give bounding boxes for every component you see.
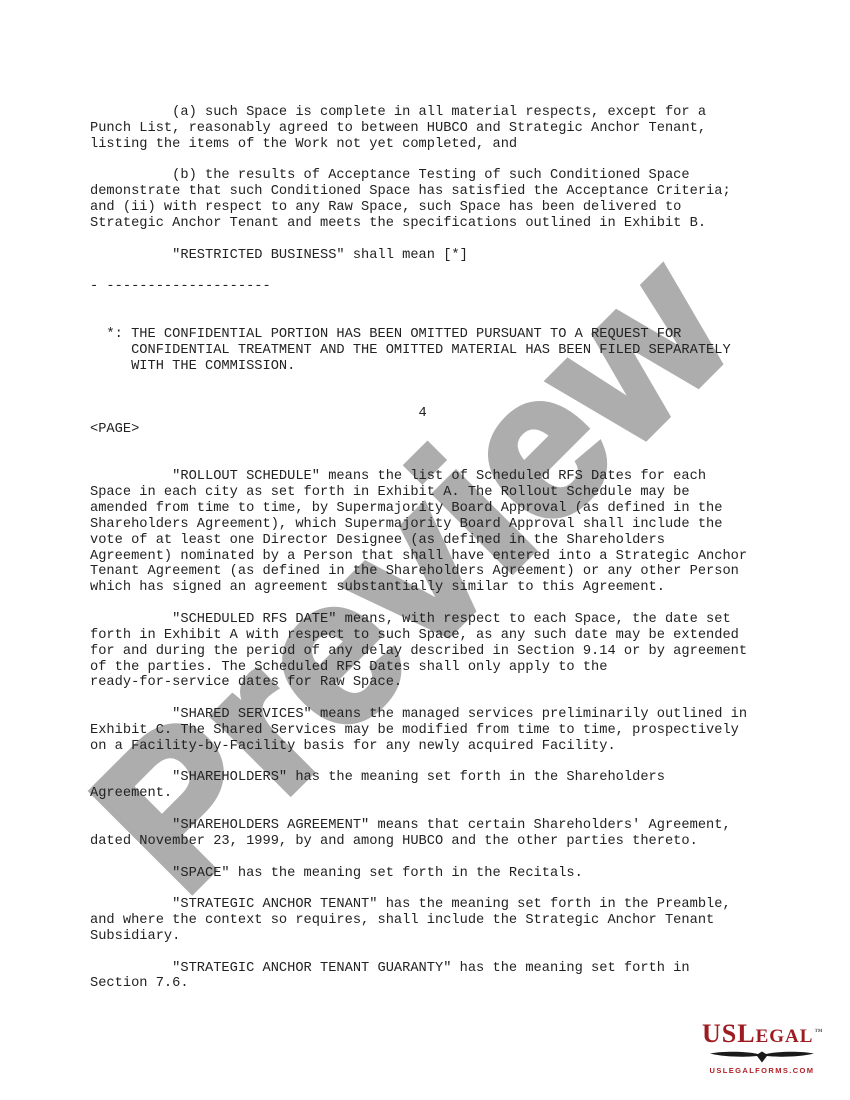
- logo-text-small: EGAL: [756, 1026, 814, 1047]
- logo-text-large: USL: [702, 1019, 756, 1048]
- uslegal-logo: USLEGAL™ USLEGALFORMS.COM: [702, 1022, 822, 1075]
- document-text: (a) such Space is complete in all materi…: [90, 105, 747, 992]
- document-page: Preview (a) such Space is complete in al…: [0, 0, 850, 1100]
- trademark-symbol: ™: [814, 1027, 822, 1036]
- eagle-icon: [702, 1050, 822, 1064]
- logo-website: USLEGALFORMS.COM: [702, 1066, 822, 1075]
- uslegal-brand-text: USLEGAL™: [702, 1022, 822, 1050]
